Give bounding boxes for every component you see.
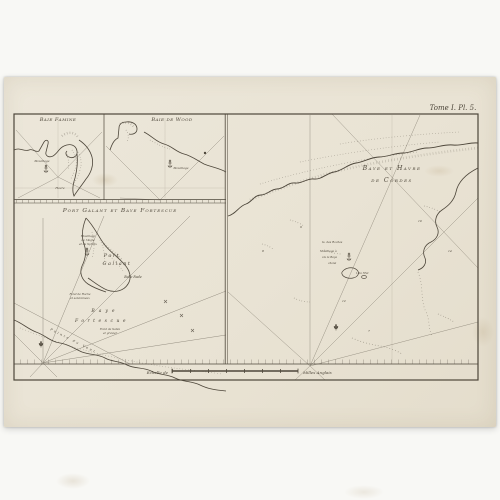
coastline-path xyxy=(81,218,106,292)
coastline-dotted xyxy=(418,272,432,336)
coastline-path xyxy=(418,168,478,270)
inset-wood-title: Baie de Wood xyxy=(150,117,193,123)
rock-marks xyxy=(164,300,194,332)
sounding-number: 10 xyxy=(418,219,422,223)
shore-hatching xyxy=(62,133,78,138)
sounding-number: 8 xyxy=(262,249,264,253)
photo-background: Tome I. Pl. 5. Baie Famine Mouillage Hav… xyxy=(0,0,500,500)
cordes-note: Mouillage à xyxy=(319,249,337,253)
scale-right-label: Milles Anglais xyxy=(302,370,332,375)
map-baye-de-cordes xyxy=(228,114,478,380)
sounding-number: 9 xyxy=(300,225,302,229)
anchor-icon xyxy=(168,160,172,167)
anchor-icon xyxy=(347,253,351,260)
island-label: I. de l'Est xyxy=(355,271,369,275)
stipple-shoal xyxy=(126,130,170,149)
famine-note: Mouillage xyxy=(33,159,49,163)
galant-anchorage-note: et du Sphinx xyxy=(79,242,97,246)
coastline-path xyxy=(228,143,478,216)
seafloor-note: et gravier xyxy=(103,331,118,335)
plate-number: Tome I. Pl. 5. xyxy=(430,104,477,112)
port-gallant-label: Gallant xyxy=(103,261,132,267)
cordes-note: vis la Baye xyxy=(322,255,338,259)
anchor-icon xyxy=(44,165,48,172)
scale-left-label: Echelle de xyxy=(146,370,169,375)
coastline-path xyxy=(14,140,77,157)
seafloor-note: et sablonneux xyxy=(70,296,90,300)
inset-galant-title: Port Galant et Baye Fortescue xyxy=(62,208,177,214)
sounding-number: 14 xyxy=(448,249,452,253)
baye-fortescue-label: Baye xyxy=(90,308,118,314)
belle-rade-label: Belle Rade xyxy=(123,275,142,279)
wood-note: Mouillage xyxy=(172,166,188,170)
sounding-number: 7 xyxy=(368,329,370,333)
cordes-note: choisi xyxy=(328,261,336,265)
famine-note: Havre xyxy=(54,186,65,190)
cordes-title: de Cordes xyxy=(370,177,413,184)
rhumb-lines xyxy=(14,216,226,377)
fleur-de-lis-icon xyxy=(334,324,338,331)
inset-famine-title: Baie Famine xyxy=(39,117,77,123)
port-gallant-label: Port xyxy=(103,253,121,259)
baye-fortescue-label: Fortescue xyxy=(74,318,129,324)
cordes-note: Is. des Roches xyxy=(321,240,343,244)
scale-bar xyxy=(172,369,298,374)
islet xyxy=(362,276,367,279)
reef-dotted-chain xyxy=(352,338,402,354)
cordes-title: Baye et Havre xyxy=(362,165,422,172)
shore-hatching xyxy=(250,148,478,200)
shore-hatching xyxy=(120,123,134,128)
land-stipple xyxy=(260,132,460,184)
inset-port-galant xyxy=(14,216,226,391)
inset-baie-de-wood xyxy=(106,122,226,200)
engraved-map-art: Tome I. Pl. 5. Baie Famine Mouillage Hav… xyxy=(0,0,500,500)
fleur-de-lis-icon xyxy=(39,341,43,348)
sounding-number: 12 xyxy=(342,299,346,303)
rhumb-lines xyxy=(228,114,478,380)
